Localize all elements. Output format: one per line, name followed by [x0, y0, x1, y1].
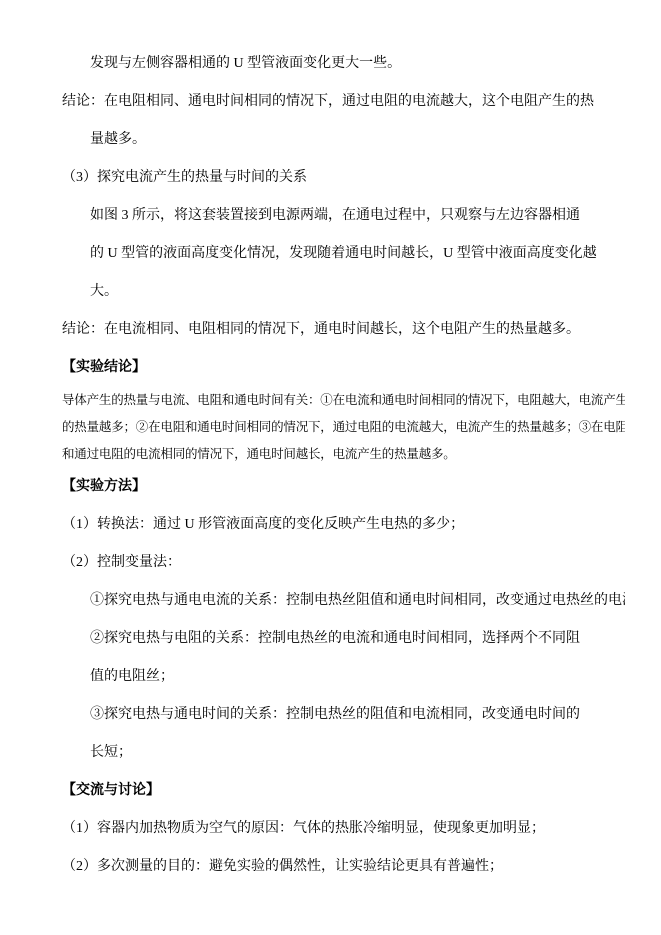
experiment-conclusion-line3: 和通过电阻的电流相同的情况下，通电时间越长，电流产生的热量越多。 — [62, 441, 625, 468]
experiment-conclusion-line2: 的热量越多；②在电阻和通电时间相同的情况下，通过电阻的电流越大，电流产生的热量越… — [62, 414, 625, 441]
conclusion-current-line1: 结论：在电阻相同、通电时间相同的情况下，通过电阻的电流越大，这个电阻产生的热 — [62, 83, 625, 121]
conclusion-time: 结论：在电流相同、电阻相同的情况下，通电时间越长，这个电阻产生的热量越多。 — [62, 311, 625, 349]
heading-item3-time-relation: （3）探究电流产生的热量与时间的关系 — [62, 159, 625, 197]
control-variables-item3-line1: ③探究电热与通电时间的关系：控制电热丝的阻值和电流相同，改变通电时间的 — [62, 696, 625, 734]
document-page: 发现与左侧容器相通的 U 型管液面变化更大一些。 结论：在电阻相同、通电时间相同… — [0, 0, 661, 935]
conclusion-current-line2: 量越多。 — [62, 121, 625, 159]
method-conversion: （1）转换法：通过 U 形管液面高度的变化反映产生电热的多少； — [62, 506, 625, 544]
control-variables-item2-line1: ②探究电热与电阻的关系：控制电热丝的电流和通电时间相同，选择两个不同阻 — [62, 620, 625, 658]
control-variables-item1: ①探究电热与通电电流的关系：控制电热丝阻值和通电时间相同，改变通过电热丝的电流大… — [62, 582, 625, 620]
section-heading-experiment-method: 【实验方法】 — [62, 468, 625, 506]
discussion-item1: （1）容器内加热物质为空气的原因：气体的热胀冷缩明显，使现象更加明显； — [62, 810, 625, 848]
paragraph-observation-current: 发现与左侧容器相通的 U 型管液面变化更大一些。 — [62, 45, 625, 83]
paragraph-time-line2: 的 U 型管的液面高度变化情况，发现随着通电时间越长，U 型管中液面高度变化越 — [62, 235, 625, 273]
discussion-item2: （2）多次测量的目的：避免实验的偶然性，让实验结论更具有普遍性； — [62, 848, 625, 886]
experiment-conclusion-line1: 导体产生的热量与电流、电阻和通电时间有关：①在电流和通电时间相同的情况下，电阻越… — [62, 387, 625, 414]
control-variables-item2-line2: 值的电阻丝； — [62, 658, 625, 696]
section-heading-experiment-conclusion: 【实验结论】 — [62, 349, 625, 387]
paragraph-time-line3: 大。 — [62, 273, 625, 311]
control-variables-item3-line2: 长短； — [62, 734, 625, 772]
section-heading-discussion: 【交流与讨论】 — [62, 772, 625, 810]
paragraph-time-line1: 如图 3 所示，将这套装置接到电源两端，在通电过程中，只观察与左边容器相通 — [62, 197, 625, 235]
method-control-variables: （2）控制变量法： — [62, 544, 625, 582]
